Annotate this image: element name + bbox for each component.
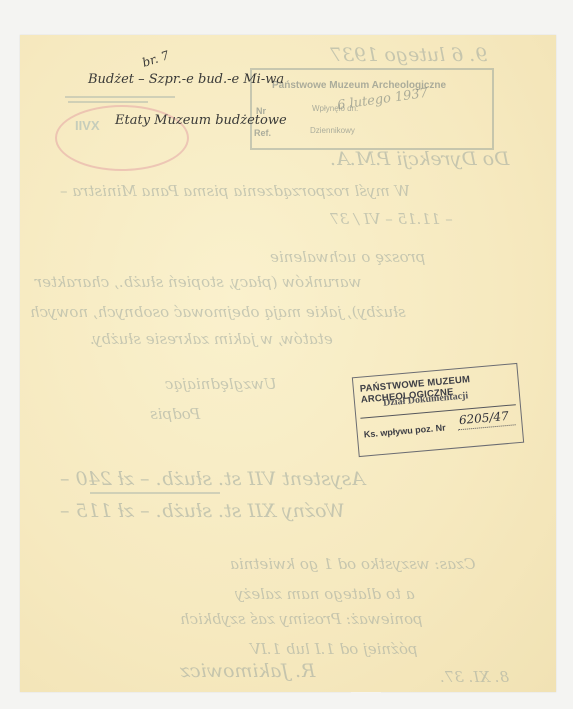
bleed-line: etatów, w jakim zakresie służby. <box>90 330 333 348</box>
archive-stamp: PAŃSTWOWE MUZEUM ARCHEOLOGICZNE Dział Do… <box>352 363 524 457</box>
bleed-line: Czas: wszystko od 1 go kwietnia <box>230 555 476 573</box>
bleed-line: a to dlatego nam zależy <box>235 585 415 603</box>
bleed-line: Uwzględniając <box>165 375 277 393</box>
heading: Budżet – Szpr.-e bud.-e Mi-wa <box>88 72 284 87</box>
bleed-line: później od 1.I lub 1.IV <box>250 640 418 658</box>
registry-ref-label: Ref. <box>254 128 271 138</box>
subheading: Etaty Muzeum budżetowe <box>115 113 287 128</box>
bleed-line: W myśl rozporządzenia pisma Pana Ministr… <box>60 182 410 200</box>
bleed-date: 9. 6 lutego 1937 <box>330 44 487 66</box>
bleed-underline <box>90 492 220 494</box>
bleed-date: 8. XI. 37. <box>440 668 509 686</box>
bleed-addressee: Do Dyrekcji P.M.A. <box>330 148 509 170</box>
bleed-salary-line: Asystent VII st. służb. – zł 240 – <box>60 468 365 490</box>
bleed-signature: R. Jakimowicz <box>180 660 315 682</box>
ghost-rule <box>65 96 175 98</box>
torn-edge <box>351 692 381 698</box>
bleed-line: ponieważ: Prosimy zaś szybkich <box>180 610 423 628</box>
bleed-line: – 11.15 – VI / 37 <box>330 210 453 228</box>
bleed-signature: Podpis <box>150 405 200 423</box>
bleed-line: proszę o uchwalenie <box>270 248 425 266</box>
archive-entry-label: Ks. wpływu poz. Nr <box>363 422 446 439</box>
bleed-line: warunków (płacy, stopień służb., charakt… <box>35 273 361 291</box>
registry-stamp: Państwowe Muzeum Archeologiczne Nr Wpłyn… <box>250 68 494 150</box>
red-oval-stamp-text: XVII <box>75 118 100 133</box>
bleed-salary-line: Woźny XII st. służb. – zł 115 – <box>60 500 345 522</box>
registry-journal-label: Dziennikowy <box>310 126 355 135</box>
ghost-rule <box>68 101 148 103</box>
bleed-line: służby), jakie mają obejmować osobnych, … <box>30 303 406 321</box>
